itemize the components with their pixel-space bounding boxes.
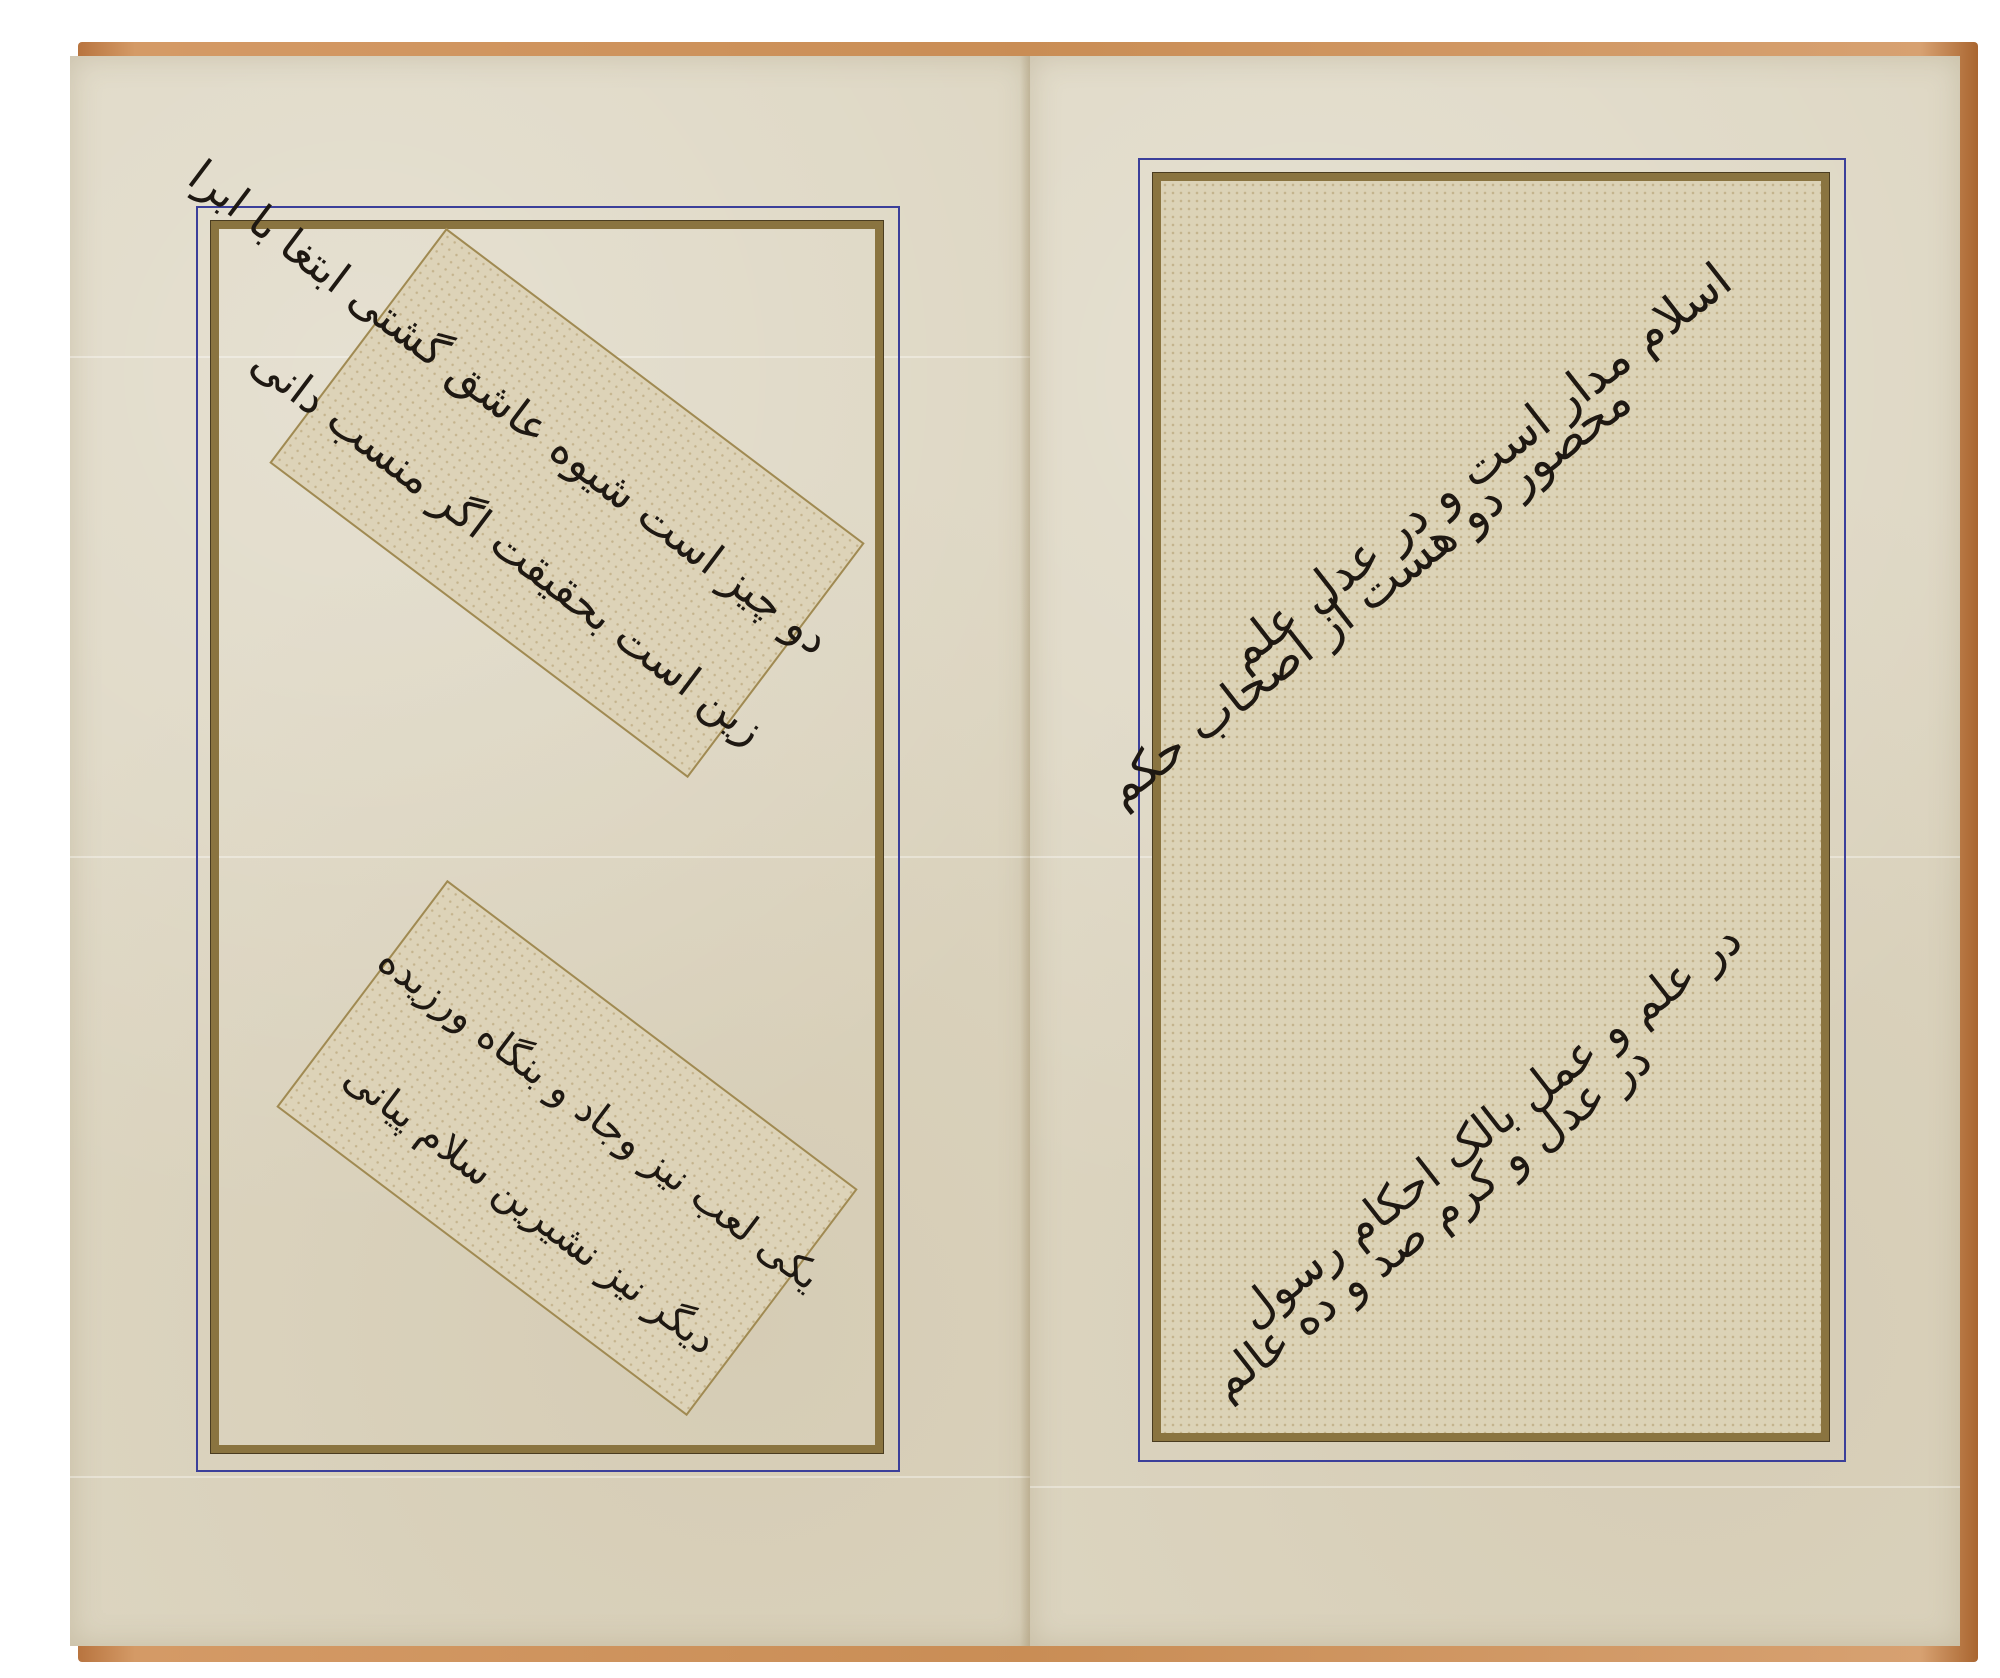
fold-crease — [1030, 1486, 1960, 1488]
left-page: دو چیز است شیوه عاشق گشتی ابتغا با ابرا … — [70, 56, 1030, 1646]
fold-crease — [70, 1476, 1030, 1478]
gold-frame — [1152, 172, 1830, 1442]
right-page: اسلام مدار است و در عدل علم محصور دو هست… — [1030, 56, 1960, 1646]
